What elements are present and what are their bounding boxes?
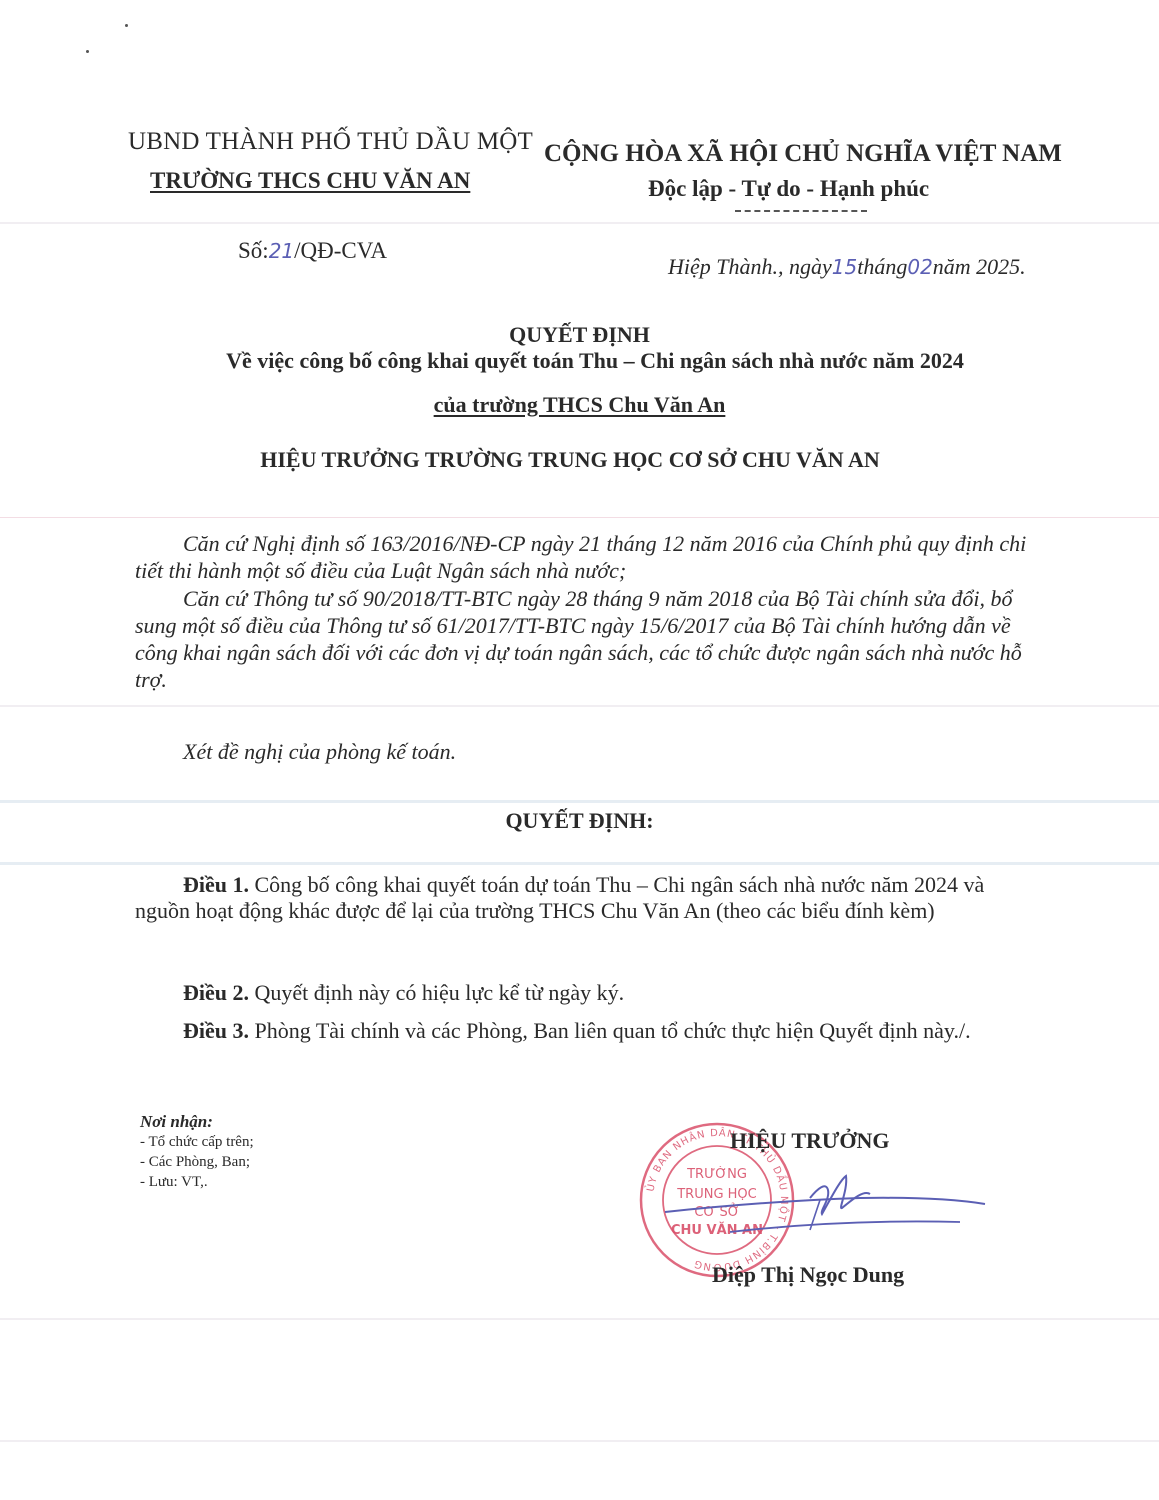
article-label: Điều 3. — [183, 1018, 249, 1043]
date-line: Hiệp Thành., ngày15tháng02năm 2025. — [668, 254, 1026, 280]
signer-name: Diệp Thị Ngọc Dung — [712, 1262, 904, 1288]
national-motto: Độc lập - Tự do - Hạnh phúc — [648, 176, 929, 202]
national-title: CỘNG HÒA XÃ HỘI CHỦ NGHĨA VIỆT NAM — [544, 140, 1062, 168]
scan-line — [0, 705, 1159, 707]
scan-line — [0, 800, 1159, 803]
article-label: Điều 1. — [183, 872, 249, 897]
scan-line — [0, 862, 1159, 865]
number-suffix: /QĐ-CVA — [294, 238, 387, 263]
scan-line — [0, 1440, 1159, 1442]
signer-title: HIỆU TRƯỞNG — [730, 1128, 890, 1154]
subject-school-text: của trường THCS Chu Văn An — [434, 392, 726, 417]
number-handwritten: 21 — [269, 239, 294, 263]
recipient-item: - Các Phòng, Ban; — [140, 1152, 254, 1172]
scan-speck — [125, 24, 128, 27]
article-2: Điều 2. Quyết định này có hiệu lực kể từ… — [135, 980, 1005, 1006]
article-text: Công bố công khai quyết toán dự toán Thu… — [135, 872, 984, 923]
number-prefix: Số: — [238, 238, 269, 263]
article-text: Phòng Tài chính và các Phòng, Ban liên q… — [249, 1018, 971, 1043]
article-1: Điều 1. Công bố công khai quyết toán dự … — [135, 872, 1005, 924]
school-name: TRƯỜNG THCS CHU VĂN AN — [150, 168, 470, 194]
date-year: năm 2025. — [933, 254, 1026, 279]
legal-basis-2: Căn cứ Thông tư số 90/2018/TT-BTC ngày 2… — [135, 585, 1035, 693]
document-subject: Về việc công bố công khai quyết toán Thu… — [175, 348, 1015, 374]
article-text: Quyết định này có hiệu lực kể từ ngày ký… — [249, 980, 624, 1005]
scan-speck — [86, 50, 89, 53]
scan-line — [0, 517, 1159, 518]
document-subject-school: của trường THCS Chu Văn An — [0, 392, 1159, 418]
recipients-title: Nơi nhận: — [140, 1112, 254, 1132]
recipient-item: - Lưu: VT,. — [140, 1172, 254, 1192]
motto-divider — [735, 210, 867, 212]
date-day: 15 — [832, 255, 857, 279]
date-month-label: tháng — [857, 254, 907, 279]
legal-basis-1: Căn cứ Nghị định số 163/2016/NĐ-CP ngày … — [135, 530, 1035, 584]
article-3: Điều 3. Phòng Tài chính và các Phòng, Ba… — [135, 1018, 1005, 1044]
document-number: Số:21/QĐ-CVA — [238, 238, 387, 264]
issuer-title: HIỆU TRƯỞNG TRƯỜNG TRUNG HỌC CƠ SỞ CHU V… — [180, 447, 960, 473]
recipients-block: Nơi nhận: - Tổ chức cấp trên; - Các Phòn… — [140, 1112, 254, 1192]
recipient-item: - Tổ chức cấp trên; — [140, 1132, 254, 1152]
decision-heading: QUYẾT ĐỊNH: — [0, 808, 1159, 834]
date-month: 02 — [907, 255, 932, 279]
scan-line — [0, 1318, 1159, 1320]
article-label: Điều 2. — [183, 980, 249, 1005]
legal-basis-3: Xét đề nghị của phòng kế toán. — [135, 738, 1035, 765]
scan-line — [0, 222, 1159, 224]
issuing-authority: UBND THÀNH PHỐ THỦ DẦU MỘT — [128, 128, 533, 156]
document-title: QUYẾT ĐỊNH — [0, 322, 1159, 348]
date-place: Hiệp Thành., ngày — [668, 254, 832, 279]
handwritten-signature-icon — [660, 1170, 990, 1240]
